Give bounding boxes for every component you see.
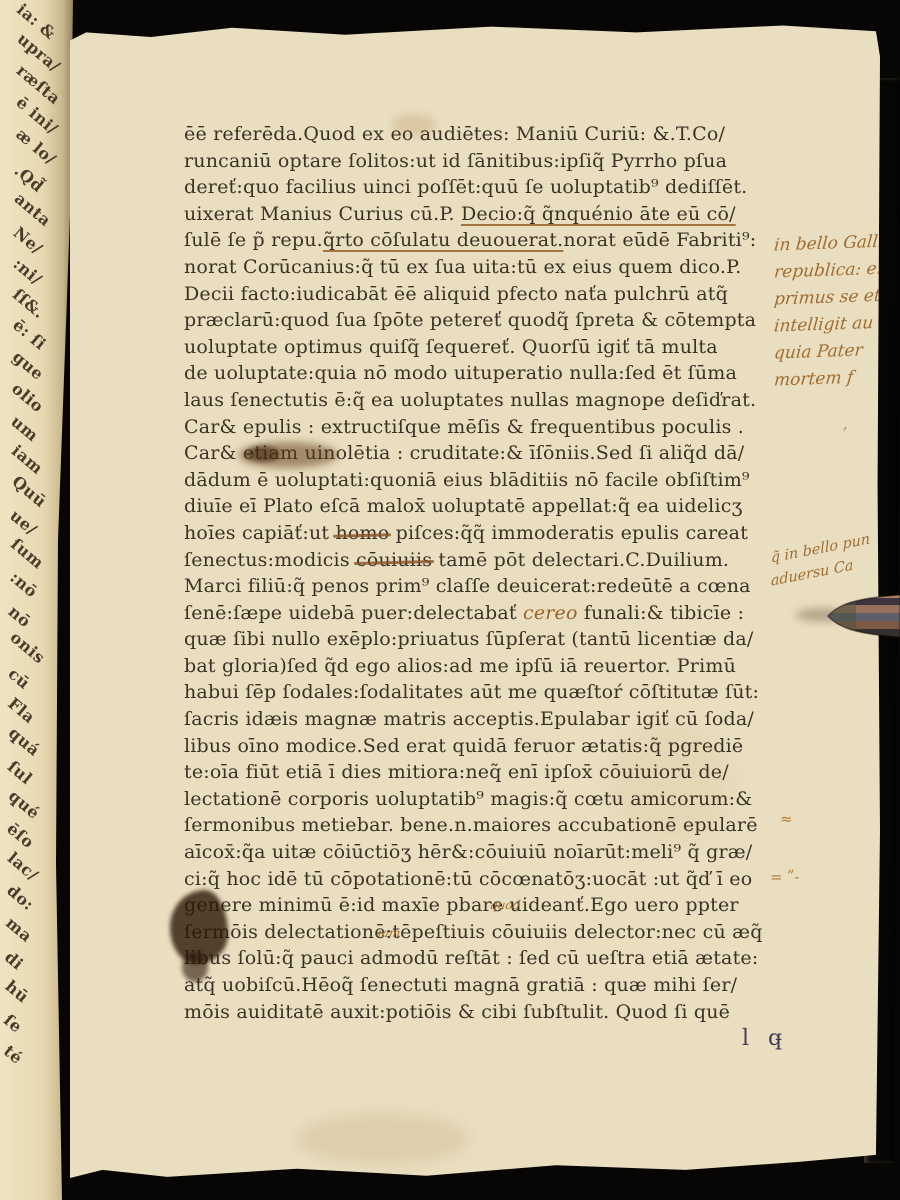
printed-text-line: lectationē corporis uoluptatib⁹ magis:q̃… (184, 786, 776, 813)
printed-text-line: ſermōis delectationē:tēpeſtiuis cōuiuiis… (184, 919, 776, 946)
interlinear-correction: quod (489, 898, 521, 912)
facing-page-text-fragment: ē: ſi (9, 315, 50, 353)
facing-page-text-fragment: :ni/ (9, 254, 45, 289)
printed-text-line: diuīe eī Plato eſcā malox̄ uoluptatē app… (184, 493, 776, 520)
marginalia-mid: q̃ in bello punaduersu Ca (770, 538, 871, 584)
printed-text-line: te:oīa fiūt etiā ī dies mitiora:neq̃ enī… (184, 759, 776, 786)
printed-text-line: hoīes capiāť:ut homo piſces:q̃q̃ immoder… (184, 520, 776, 547)
printed-text-line: dādum ē uoluptati:quoniā eius blāditiis … (184, 467, 776, 494)
printed-text-line: ci:q̃ hoc idē tū cōpotationē:tū cōcœnatō… (184, 866, 776, 893)
printed-text-line: laus ſenectutis ē:q̃ ea uoluptates nulla… (184, 387, 776, 414)
printed-text-line: libus ſolū:q̃ pauci admodū reſtāt : ſed … (184, 945, 776, 972)
printed-text-line: dereť:quo facilius uinci poſſēt:quū ſe u… (184, 174, 776, 201)
margin-mark: ≈ (780, 810, 793, 828)
facing-page-text-fragment: ſum (7, 534, 48, 572)
facing-page-text-fragment: qué (4, 786, 43, 823)
facing-page-text-fragment: ma (3, 913, 37, 946)
text-block: ēē referēda.Quod ex eo audiētes: Maniū C… (184, 121, 776, 1025)
facing-page-text-fragment: ſul (4, 757, 36, 788)
facing-page-text-fragment: onis (7, 628, 49, 668)
main-page: ēē referēda.Quod ex eo audiētes: Maniū C… (70, 22, 880, 1178)
bookmark-pointer-icon (826, 588, 900, 644)
printed-text-line: mōis auiditatē auxit:potiōis & cibi ſubſ… (184, 999, 776, 1026)
printed-text-line: ſulē ſe p̃ repu.q̃rto cōſulatu deuouerat… (184, 227, 776, 254)
printed-text-line: ſenē:ſæpe uidebā puer:delectabať cereo f… (184, 600, 776, 627)
printed-text-line: ēē referēda.Quod ex eo audiētes: Maniū C… (184, 121, 776, 148)
facing-page-text-fragment: ēſo (4, 819, 39, 852)
facing-page-text-fragment: hū (1, 977, 32, 1007)
margin-mark: = ʺ‐ (770, 868, 799, 886)
printed-text-line: uixerat Manius Curius cū.P. Decio:q̃ q̃n… (184, 201, 776, 228)
facing-page-text-fragment: lac/ (4, 848, 42, 884)
facing-page-text-fragment: .Qd̃ (10, 160, 47, 195)
printed-text-line: Decii facto:iudicabāt ēē aliquid pfecto … (184, 281, 776, 308)
printed-text-line: præclarū:quod ſua ſpōte petereť quodq̃ ſ… (184, 307, 776, 334)
marginalia-top: in bello Gallico erepublica: erprimus se… (774, 230, 880, 392)
facing-page-text-fragment: um (7, 412, 42, 446)
facing-page-text-fragment: di (1, 947, 27, 973)
printed-text-line: bat gloria)ſed q̃d ego alios:ad me ipſū … (184, 653, 776, 680)
printed-text-line: libus oīno modice.Sed erat quidā feruor … (184, 733, 776, 760)
printed-text-line: genere minimū ē:id maxīe pbare uideanť.E… (184, 892, 776, 919)
facing-page-text-fragment: té (0, 1041, 26, 1067)
printed-text-line: runcaniū optare ſolitos:ut id ſānitibus:… (184, 148, 776, 175)
facing-page-text-fragment: olio (8, 378, 47, 415)
facing-page-strip: ia: &upra/ræſtaē ini/æ lo/.Qd̃antaNe/:ni… (0, 0, 78, 1200)
printed-text-line: norat Corūcanius:q̃ tū ex ſua uita:tū ex… (184, 254, 776, 281)
facing-page-text-fragment: quá (5, 723, 44, 760)
printed-text-line: uoluptate optimus quiſq̃ ſequereť. Quorſ… (184, 334, 776, 361)
printed-text-line: quæ ſibi nullo exēplo:priuatus ſūpſerat … (184, 626, 776, 653)
printed-text-line: habui ſēp ſodales:ſodalitates aūt me quæ… (184, 679, 776, 706)
facing-page-text-fragment: ſe (0, 1010, 26, 1036)
stain (298, 1114, 468, 1164)
printed-text-line: ſenectus:modicis cōuiuiis tamē pōt delec… (184, 547, 776, 574)
printed-text-line: atq̃ uobiſcū.Hēoq̃ ſenectuti magnā grati… (184, 972, 776, 999)
facing-page-text-fragment: :nō (6, 568, 41, 602)
facing-page-text-fragment: do: (3, 881, 38, 914)
printed-text-line: Car& epulis : extructiſque mēſis & frequ… (184, 414, 776, 441)
facing-page-text-fragment: nō (5, 601, 35, 631)
printed-text-line: Marci filiū:q̃ penos prim⁹ claſſe deuice… (184, 573, 776, 600)
facing-page-text-fragment: Fla (5, 693, 40, 726)
facing-page-text-fragment: ue/ (6, 506, 41, 539)
printed-text-line: ſacris idæis magnæ matris acceptis.Epula… (184, 706, 776, 733)
printed-text-line: Car& etiam uinolētia : cruditate:& īſōni… (184, 440, 776, 467)
margin-mark: ʼ (842, 424, 847, 442)
facing-page-text-fragment: ſſ&. (9, 284, 49, 322)
interlinear-correction: iam (377, 926, 401, 940)
printed-text-line: de uoluptate:quia nō modo uituperatio nu… (184, 360, 776, 387)
signature-mark: l q̵ (742, 1026, 788, 1051)
facing-page-text-fragment: Quū (8, 471, 50, 510)
facing-page-text-fragment: iam (8, 441, 47, 478)
facing-page-text-fragment: gue (9, 347, 48, 384)
printed-text-line: aīcox̄:q̃a uitæ cōiūctiōʒ hēr&:cōuiuiū n… (184, 839, 776, 866)
printed-text-line: ſermonibus metiebar. bene.n.maiores accu… (184, 812, 776, 839)
photo-of-incunabulum-page: ia: &upra/ræſtaē ini/æ lo/.Qd̃antaNe/:ni… (0, 0, 900, 1200)
facing-page-text-fragment: cū (4, 664, 33, 693)
